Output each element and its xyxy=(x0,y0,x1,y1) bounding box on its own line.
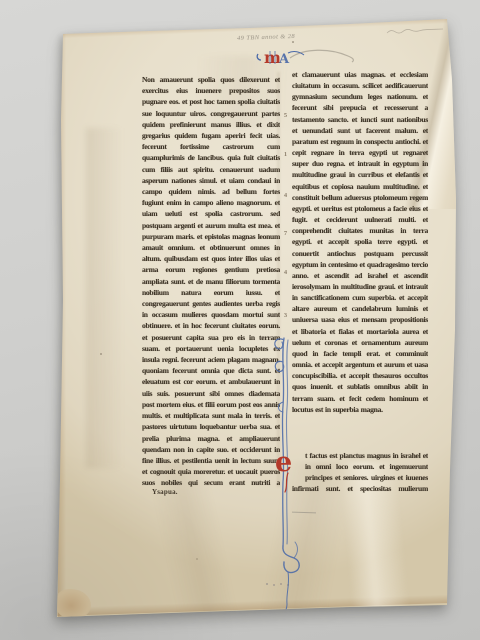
text-column-left: Non amauerunt spolia quos dilexerunt et … xyxy=(142,74,280,488)
speck xyxy=(196,558,198,560)
running-title-letter-blue: A xyxy=(278,52,290,67)
margin-mark: 1 xyxy=(281,151,290,158)
margin-mark: 4 xyxy=(281,269,290,276)
manuscript-leaf: 49 TBN annot & 28 m A Non amauerunt spol… xyxy=(0,0,480,640)
vellum-left-edge xyxy=(58,34,67,618)
vellum-crease-left xyxy=(86,128,140,468)
photo-surface: 49 TBN annot & 28 m A Non amauerunt spol… xyxy=(0,0,480,640)
bottom-explicit-word: Ysapua. xyxy=(152,488,178,496)
margin-mark: 5 xyxy=(281,112,290,119)
margin-mark: 7 xyxy=(281,230,290,237)
initial-letter: e xyxy=(275,447,292,478)
margin-mark: 4 xyxy=(281,192,290,199)
speck xyxy=(292,41,294,43)
running-title: m A xyxy=(252,44,360,70)
vellum-bottom-edge xyxy=(57,593,449,616)
leaf-wrap: 49 TBN annot & 28 m A Non amauerunt spol… xyxy=(0,0,480,640)
corner-scribble-inscription xyxy=(386,25,444,37)
text-column-right-lower: t factus est planctus magnus in israhel … xyxy=(292,450,428,494)
text-column-right-upper: et clamauerunt uias magnas. et ecclesiam… xyxy=(292,69,428,448)
speck xyxy=(100,353,102,355)
right-lower-text: t factus est planctus magnus in israhel … xyxy=(292,451,428,494)
corner-damage-spot xyxy=(55,589,91,619)
pen-trial-dots xyxy=(266,583,268,585)
illuminated-initial-E: e xyxy=(272,447,302,493)
margin-mark: 3 xyxy=(281,312,290,319)
